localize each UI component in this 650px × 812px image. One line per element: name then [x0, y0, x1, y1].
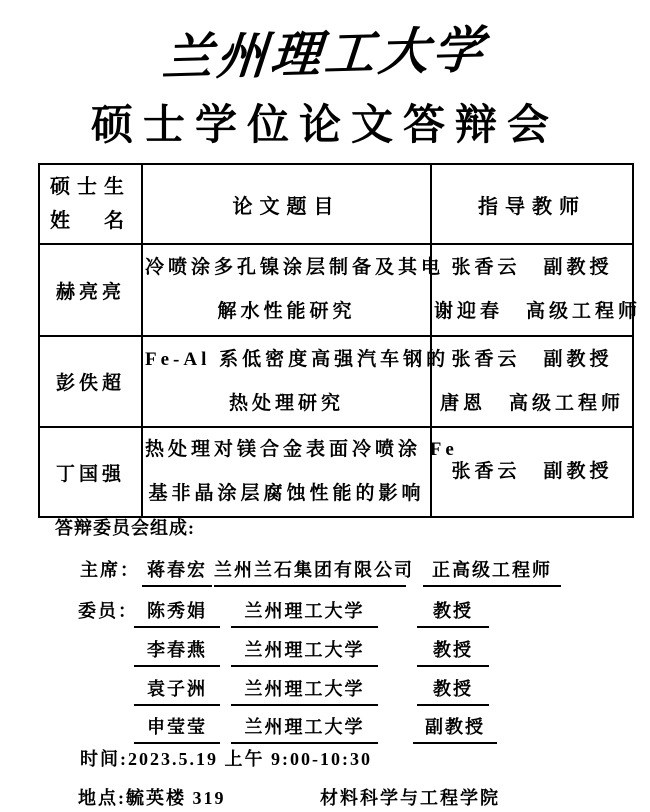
- defense-table: 硕士生 姓 名 论文题目 指导教师 赫亮亮 冷喷涂多孔镍涂层制备及其电 解水性能…: [38, 163, 634, 518]
- thesis-title-line: Fe-Al 系低密度高强汽车钢的: [145, 338, 428, 382]
- student-name: 丁国强: [39, 427, 142, 517]
- advisor-cell: 张香云 副教授 谢迎春 高级工程师: [431, 244, 633, 336]
- thesis-title-line: 基非晶涂层腐蚀性能的影响: [145, 472, 428, 516]
- advisor-line: 张香云 副教授: [434, 338, 630, 382]
- table-row: 彭佚超 Fe-Al 系低密度高强汽车钢的 热处理研究 张香云 副教授 唐恩 高级…: [39, 336, 633, 427]
- location-label: 地点:: [78, 788, 126, 808]
- time-label: 时间:: [80, 749, 128, 769]
- time-row: 时间:2023.5.19 上午 9:00-10:30: [80, 745, 372, 771]
- student-name: 彭佚超: [39, 336, 142, 427]
- advisor-line: 谢迎春 高级工程师: [434, 290, 630, 334]
- thesis-title: 热处理对镁合金表面冷喷涂 Fe 基非晶涂层腐蚀性能的影响: [142, 427, 431, 517]
- member-label: 委员：: [78, 597, 138, 623]
- thesis-title-line: 解水性能研究: [145, 290, 428, 334]
- student-name: 赫亮亮: [39, 244, 142, 336]
- member-affiliation: 兰州理工大学: [231, 636, 378, 667]
- defense-notice-page: 兰州理工大学 硕士学位论文答辩会 硕士生 姓 名 论文题目 指导教师 赫亮亮 冷…: [0, 0, 650, 812]
- member-name: 陈秀娟: [134, 597, 220, 628]
- member-title: 教授: [417, 597, 489, 628]
- chair-title: 正高级工程师: [423, 556, 561, 587]
- department-name: 材料科学与工程学院: [320, 784, 500, 810]
- member-title: 教授: [417, 636, 489, 667]
- university-logo-calligraphy: 兰州理工大学: [0, 5, 650, 94]
- page-title: 硕士学位论文答辩会: [0, 92, 650, 152]
- header-student-line1: 硕士生: [42, 170, 139, 204]
- table-row: 赫亮亮 冷喷涂多孔镍涂层制备及其电 解水性能研究 张香云 副教授 谢迎春 高级工…: [39, 244, 633, 336]
- time-value: 2023.5.19 上午 9:00-10:30: [128, 749, 372, 769]
- member-affiliation: 兰州理工大学: [231, 675, 378, 706]
- advisor-cell: 张香云 副教授 唐恩 高级工程师: [431, 336, 633, 427]
- chair-label: 主席：: [80, 556, 140, 582]
- thesis-title: Fe-Al 系低密度高强汽车钢的 热处理研究: [142, 336, 431, 427]
- member-name: 袁子洲: [134, 675, 220, 706]
- table-row: 丁国强 热处理对镁合金表面冷喷涂 Fe 基非晶涂层腐蚀性能的影响 张香云 副教授: [39, 427, 633, 517]
- header-student-line2: 姓 名: [42, 204, 139, 238]
- header-advisor: 指导教师: [431, 164, 633, 244]
- advisor-line: 张香云 副教授: [434, 462, 630, 482]
- chair-name: 蒋春宏: [142, 556, 212, 587]
- thesis-title-line: 冷喷涂多孔镍涂层制备及其电: [145, 246, 428, 290]
- location-value: 毓英楼 319: [126, 788, 226, 808]
- table-header-row: 硕士生 姓 名 论文题目 指导教师: [39, 164, 633, 244]
- header-student-name: 硕士生 姓 名: [39, 164, 142, 244]
- advisor-line: 张香云 副教授: [434, 246, 630, 290]
- advisor-line: 唐恩 高级工程师: [434, 382, 630, 426]
- location-row: 地点:毓英楼 319: [78, 784, 226, 810]
- advisor-cell: 张香云 副教授: [431, 427, 633, 517]
- thesis-title-line: 热处理研究: [145, 382, 428, 426]
- thesis-title-line: 热处理对镁合金表面冷喷涂 Fe: [145, 428, 428, 472]
- member-name: 李春燕: [134, 636, 220, 667]
- chair-affiliation: 兰州兰石集团有限公司: [214, 556, 406, 587]
- member-title: 副教授: [413, 713, 497, 744]
- thesis-title: 冷喷涂多孔镍涂层制备及其电 解水性能研究: [142, 244, 431, 336]
- member-affiliation: 兰州理工大学: [231, 597, 378, 628]
- member-name: 申莹莹: [134, 713, 220, 744]
- committee-heading: 答辩委员会组成:: [55, 514, 195, 540]
- member-affiliation: 兰州理工大学: [231, 713, 378, 744]
- member-title: 教授: [417, 675, 489, 706]
- header-thesis-title: 论文题目: [142, 164, 431, 244]
